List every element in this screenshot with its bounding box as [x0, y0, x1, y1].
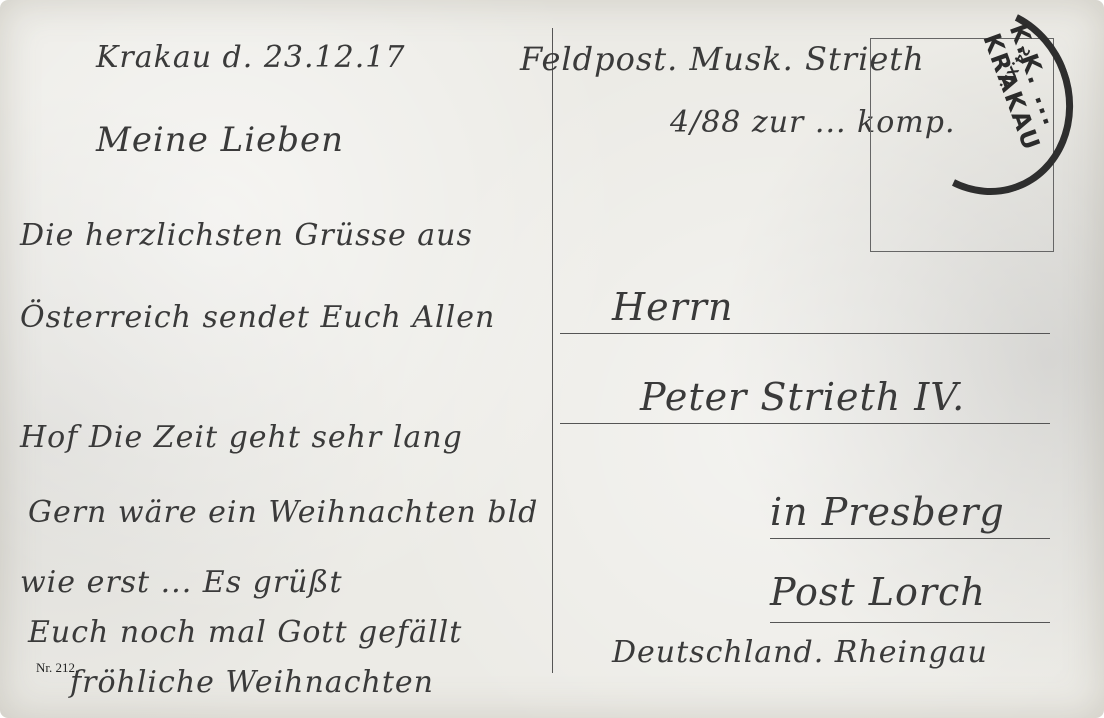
sender-line: Feldpost. Musk. Strieth: [520, 40, 925, 78]
address-line: [770, 538, 1050, 539]
message-line: Hof Die Zeit geht sehr lang: [20, 420, 463, 455]
message-line: Die herzlichsten Grüsse aus: [20, 218, 473, 253]
address-line: [560, 423, 1050, 424]
postcard-back: Krakau d. 23.12.17 Meine Lieben Die herz…: [0, 0, 1104, 718]
message-line: Euch noch mal Gott gefällt: [28, 615, 462, 650]
recipient-post: Post Lorch: [770, 570, 986, 614]
recipient-name: Peter Strieth IV.: [640, 375, 965, 419]
address-line: [560, 333, 1050, 334]
message-line: Gern wäre ein Weihnachten bld: [28, 495, 538, 530]
recipient-country: Deutschland. Rheingau: [612, 635, 988, 670]
place-date: Krakau d. 23.12.17: [96, 40, 405, 75]
recipient-town: in Presberg: [770, 490, 1005, 534]
message-line: wie erst ... Es grüßt: [20, 565, 343, 600]
print-number: Nr. 212.: [36, 660, 78, 676]
message-line: fröhliche Weihnachten: [70, 665, 434, 700]
greeting: Meine Lieben: [96, 120, 344, 160]
address-line: [770, 622, 1050, 623]
center-divider: [552, 28, 553, 673]
message-line: Österreich sendet Euch Allen: [20, 300, 495, 335]
recipient-salutation: Herrn: [612, 285, 733, 329]
